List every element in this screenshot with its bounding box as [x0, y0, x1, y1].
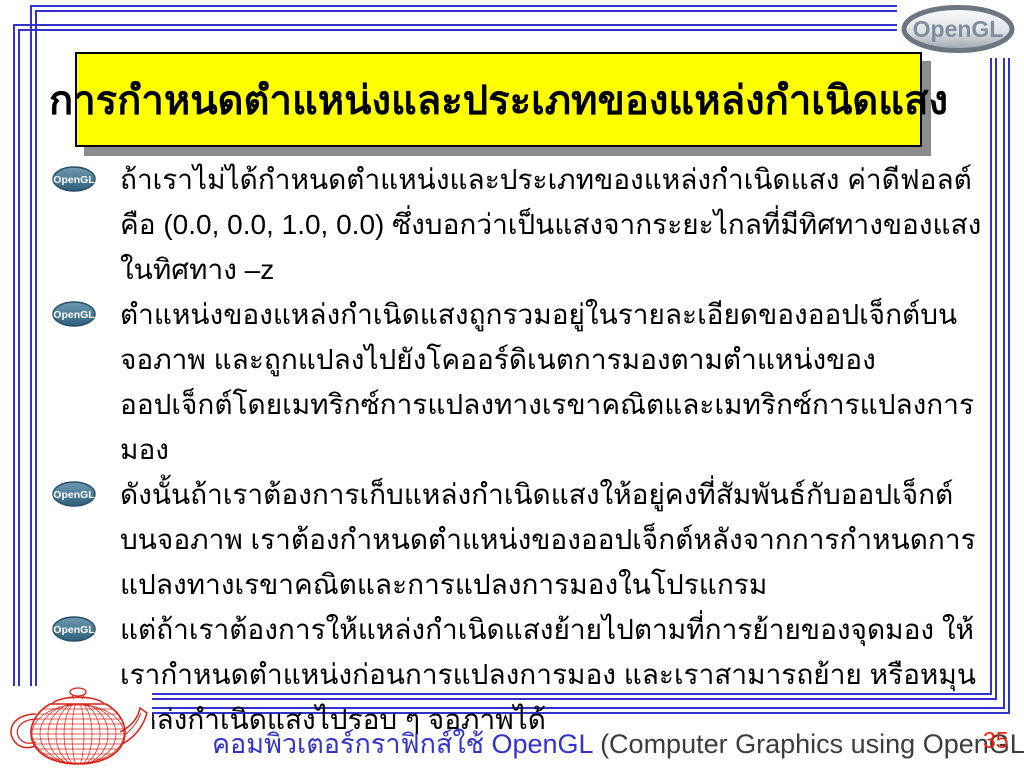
opengl-bullet-icon: OpenGL: [52, 481, 98, 507]
opengl-logo-icon: OpenGL: [901, 4, 1021, 54]
bullet-item: OpenGL ดังนั้นถ้าเราต้องการเก็บแหล่งกำเน…: [52, 472, 992, 607]
slide-title-banner: การกำหนดตำแหน่งและประเภทของแหล่งกำเนิดแส…: [75, 52, 922, 147]
footer-course-title-english: (Computer Graphics using OpenGL): [600, 729, 1024, 759]
footer-course-title: คอมพิวเตอร์กราฟิกส์ใช้ OpenGL (Computer …: [212, 722, 1024, 765]
bullet-item: OpenGL ถ้าเราไม่ได้กำหนดตำแหน่งและประเภท…: [52, 157, 992, 292]
bullet-item: OpenGL ตำแหน่งของแหล่งกำเนิดแสงถูกรวมอยู…: [52, 292, 992, 472]
opengl-logo-text: OpenGL: [912, 16, 1003, 42]
footer-course-title-thai: คอมพิวเตอร์กราฟิกส์ใช้ OpenGL: [212, 729, 593, 759]
opengl-bullet-icon-text: OpenGL: [53, 174, 95, 186]
slide-body: OpenGL ถ้าเราไม่ได้กำหนดตำแหน่งและประเภท…: [52, 157, 992, 742]
slide-title: การกำหนดตำแหน่งและประเภทของแหล่งกำเนิดแส…: [49, 68, 948, 132]
bullet-text: ดังนั้นถ้าเราต้องการเก็บแหล่งกำเนิดแสงให…: [120, 472, 985, 607]
bullet-text: ตำแหน่งของแหล่งกำเนิดแสงถูกรวมอยู่ในรายล…: [120, 292, 985, 472]
opengl-bullet-icon: OpenGL: [52, 616, 98, 642]
opengl-bullet-icon: OpenGL: [52, 301, 98, 327]
opengl-logo: OpenGL: [897, 0, 1024, 58]
opengl-bullet-icon-text: OpenGL: [53, 309, 95, 321]
teapot-image: [0, 686, 152, 768]
bullet-text: ถ้าเราไม่ได้กำหนดตำแหน่งและประเภทของแหล่…: [120, 157, 985, 292]
opengl-bullet-icon: OpenGL: [52, 166, 98, 192]
teapot-icon: [0, 686, 152, 768]
opengl-bullet-icon-text: OpenGL: [53, 624, 95, 636]
opengl-bullet-icon-text: OpenGL: [53, 489, 95, 501]
page-number: 35: [983, 727, 1009, 754]
